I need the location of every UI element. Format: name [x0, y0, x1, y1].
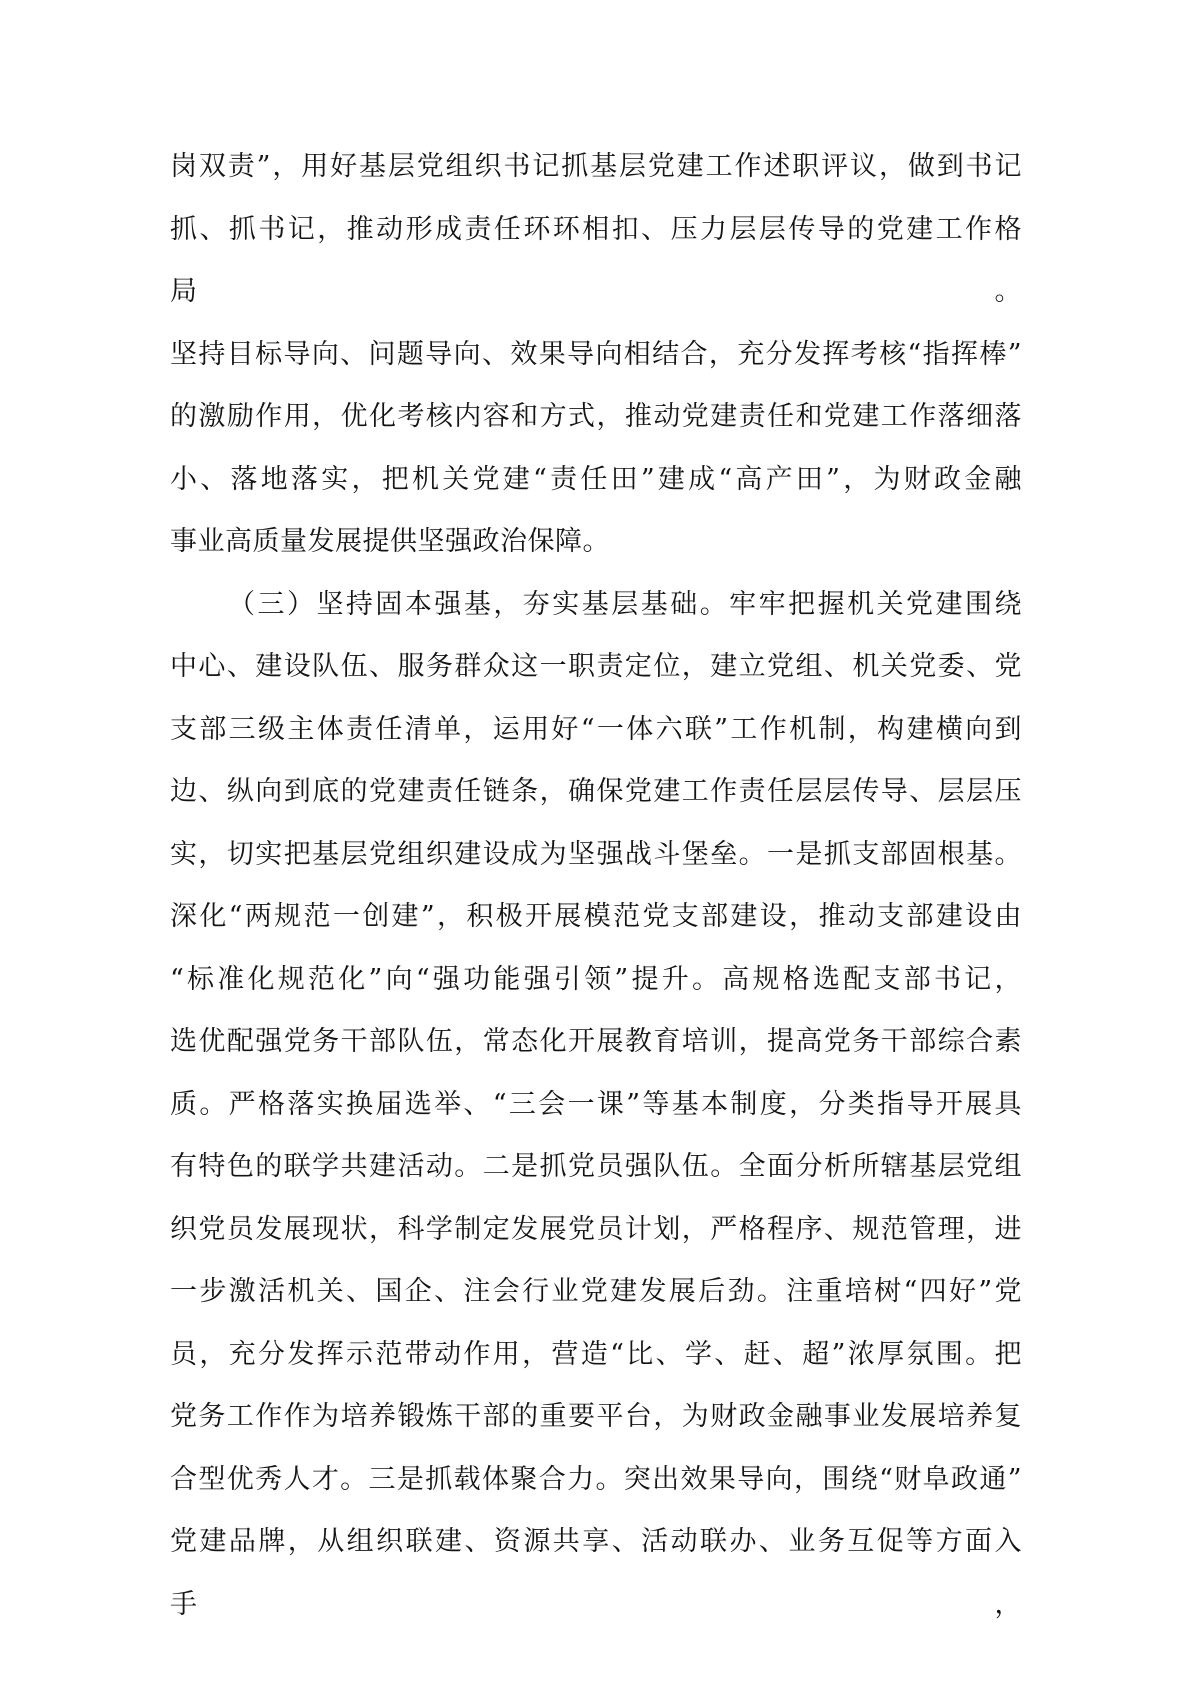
text-line: （三）坚持固本强基，夯实基层基础。牢牢把握机关党建围绕	[170, 574, 1022, 637]
text-line: 员，充分发挥示范带动作用，营造“比、学、赶、超”浓厚氛围。把	[170, 1324, 1022, 1387]
text-line: 织党员发展现状，科学制定发展党员计划，严格程序、规范管理，进	[170, 1199, 1022, 1262]
text-line: 有特色的联学共建活动。二是抓党员强队伍。全面分析所辖基层党组	[170, 1136, 1022, 1199]
paragraph-section-3: （三）坚持固本强基，夯实基层基础。牢牢把握机关党建围绕 中心、建设队伍、服务群众…	[170, 574, 1022, 1637]
text-line: 小、落地落实，把机关党建“责任田”建成“高产田”，为财政金融	[170, 449, 1022, 512]
paragraph-continuation: 岗双责”，用好基层党组织书记抓基层党建工作述职评议，做到书记 抓、抓书记，推动形…	[170, 136, 1022, 574]
text-line: 抓、抓书记，推动形成责任环环相扣、压力层层传导的党建工作格局。	[170, 199, 1022, 324]
text-line: 中心、建设队伍、服务群众这一职责定位，建立党组、机关党委、党	[170, 636, 1022, 699]
text-line: 坚持目标导向、问题导向、效果导向相结合，充分发挥考核“指挥棒”	[170, 324, 1022, 387]
text-line: 质。严格落实换届选举、“三会一课”等基本制度，分类指导开展具	[170, 1074, 1022, 1137]
text-line: 选优配强党务干部队伍，常态化开展教育培训，提高党务干部综合素	[170, 1011, 1022, 1074]
text-line: 一步激活机关、国企、注会行业党建发展后劲。注重培树“四好”党	[170, 1261, 1022, 1324]
text-line: 支部三级主体责任清单，运用好“一体六联”工作机制，构建横向到	[170, 699, 1022, 762]
text-line: 实，切实把基层党组织建设成为坚强战斗堡垒。一是抓支部固根基。	[170, 824, 1022, 887]
text-line: 党务工作作为培养锻炼干部的重要平台，为财政金融事业发展培养复	[170, 1386, 1022, 1449]
text-line: 事业高质量发展提供坚强政治保障。	[170, 511, 1022, 574]
text-line: 合型优秀人才。三是抓载体聚合力。突出效果导向，围绕“财阜政通”	[170, 1449, 1022, 1512]
text-line: 党建品牌，从组织联建、资源共享、活动联办、业务互促等方面入手，	[170, 1511, 1022, 1636]
text-column: 岗双责”，用好基层党组织书记抓基层党建工作述职评议，做到书记 抓、抓书记，推动形…	[170, 136, 1022, 1636]
text-line: 的激励作用，优化考核内容和方式，推动党建责任和党建工作落细落	[170, 386, 1022, 449]
text-line: 深化“两规范一创建”，积极开展模范党支部建设，推动支部建设由	[170, 886, 1022, 949]
document-page: 岗双责”，用好基层党组织书记抓基层党建工作述职评议，做到书记 抓、抓书记，推动形…	[0, 0, 1190, 1683]
text-line: 岗双责”，用好基层党组织书记抓基层党建工作述职评议，做到书记	[170, 136, 1022, 199]
text-line: 边、纵向到底的党建责任链条，确保党建工作责任层层传导、层层压	[170, 761, 1022, 824]
text-line: “标准化规范化”向“强功能强引领”提升。高规格选配支部书记，	[170, 949, 1022, 1012]
